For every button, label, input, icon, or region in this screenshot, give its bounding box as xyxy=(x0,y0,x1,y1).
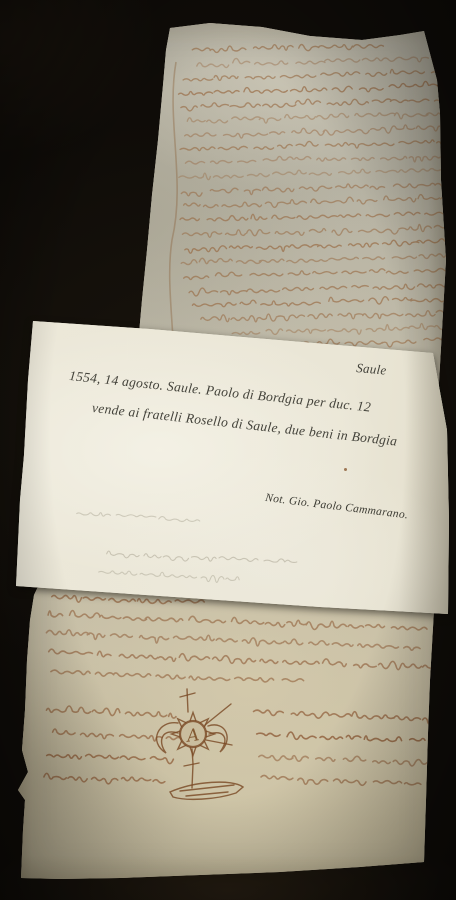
ink-fleck xyxy=(344,468,347,471)
archivist-note: Saule 1554, 14 agosto. Saule. Paolo di B… xyxy=(0,0,456,900)
note-shadow: Saule 1554, 14 agosto. Saule. Paolo di B… xyxy=(0,0,456,900)
note-corner-label: Saule xyxy=(356,360,388,379)
note-bleedthrough xyxy=(0,0,456,900)
photograph: A Saule 1554, 14 agosto. Saule. Paolo di… xyxy=(0,0,456,900)
